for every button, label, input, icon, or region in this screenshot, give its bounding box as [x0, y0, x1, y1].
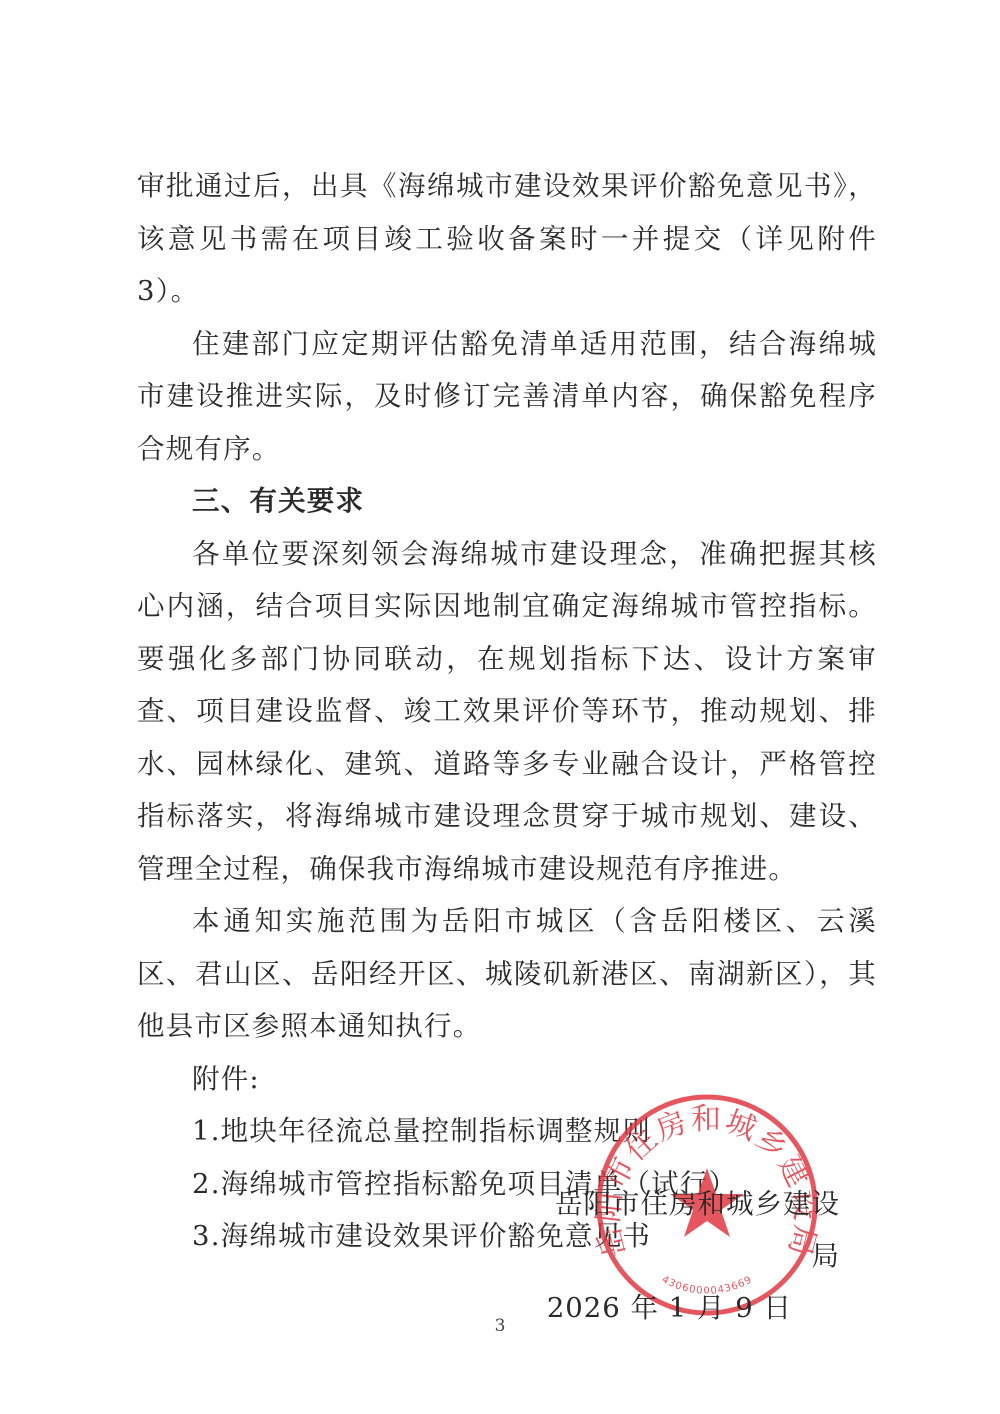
- paragraph-review: 住建部门应定期评估豁免清单适用范围，结合海绵城市建设推进实际，及时修订完善清单内…: [137, 318, 877, 476]
- paragraph-continuation: 审批通过后，出具《海绵城市建设效果评价豁免意见书》，该意见书需在项目竣工验收备案…: [137, 160, 877, 318]
- signature-block: 岳阳市住房和城乡建设局 2026 年 1 月 9 日: [540, 1178, 840, 1334]
- paragraph-scope: 本通知实施范围为岳阳市城区（含岳阳楼区、云溪区、君山区、岳阳经开区、城陵矶新港区…: [137, 895, 877, 1053]
- paragraph-requirements: 各单位要深刻领会海绵城市建设理念，准确把握其核心内涵，结合项目实际因地制宜确定海…: [137, 528, 877, 896]
- issue-date: 2026 年 1 月 9 日: [540, 1282, 840, 1334]
- page-number: 3: [0, 1316, 1000, 1336]
- document-page: 审批通过后，出具《海绵城市建设效果评价豁免意见书》，该意见书需在项目竣工验收备案…: [0, 0, 1000, 1414]
- issuing-organization: 岳阳市住房和城乡建设局: [540, 1178, 840, 1282]
- section-heading-requirements: 三、有关要求: [137, 475, 877, 528]
